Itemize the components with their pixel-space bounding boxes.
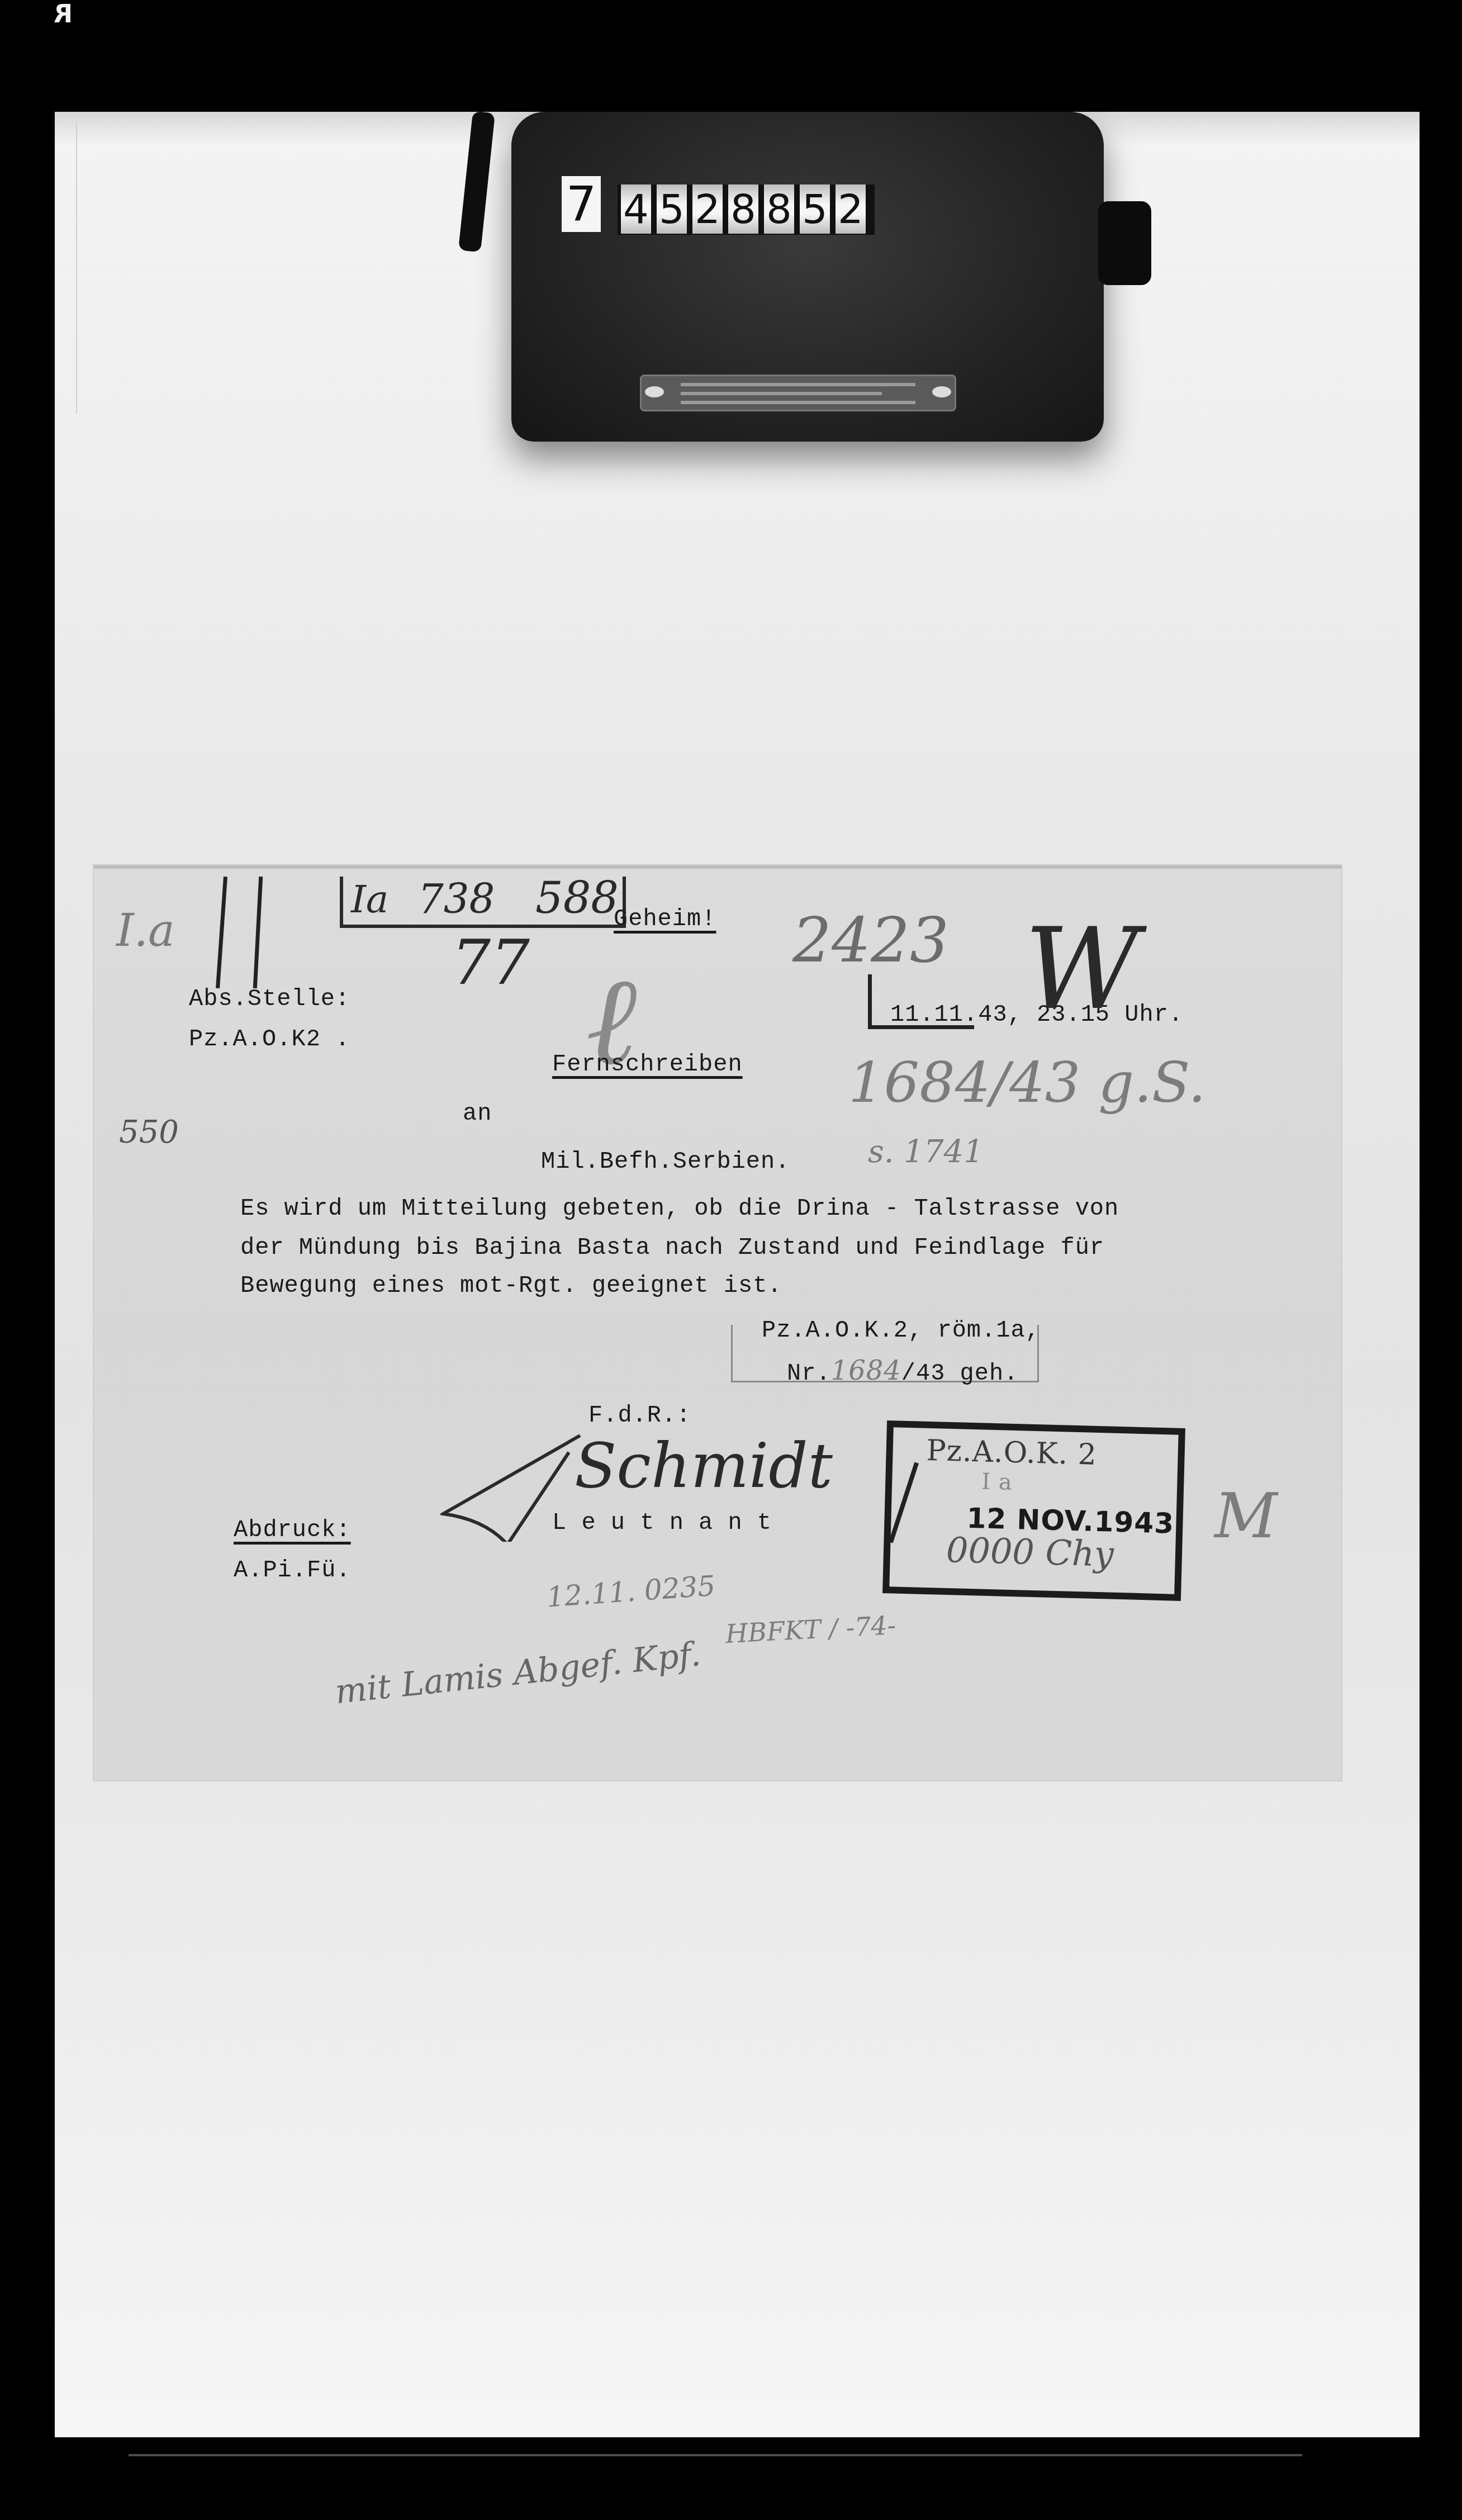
counter-digit: 5 <box>800 184 830 234</box>
datetime-bracket-left <box>868 974 872 1027</box>
counter-knob <box>1098 201 1151 285</box>
fdr-label: F.d.R.: <box>588 1402 691 1429</box>
file-ref-number-2: 588 <box>535 873 619 923</box>
handwritten-initials: I.a <box>116 904 175 956</box>
reference-suffix: /43 geh. <box>901 1360 1019 1387</box>
plate-text-line <box>681 383 915 386</box>
to-label: an <box>463 1100 492 1127</box>
margin-number: 550 <box>119 1114 179 1150</box>
pencil-sub-note: s. 1741 <box>868 1134 984 1170</box>
document-type: Fernschreiben <box>552 1051 743 1078</box>
recipient: Mil.Befh.Serbien. <box>541 1148 790 1175</box>
stamp-handwriting: 0000 Chy <box>946 1529 1114 1575</box>
pen-stroke <box>216 877 227 988</box>
file-ref-number: 738 <box>418 875 495 922</box>
counter-digit: 8 <box>764 184 794 234</box>
plate-text-line <box>681 392 882 395</box>
stamp-dept: I a <box>981 1469 1013 1495</box>
reference-line-2: Nr.1684/43 geh. <box>787 1355 1018 1387</box>
classification-label: Geheim! <box>614 906 716 932</box>
copy-label: Abdruck: <box>234 1517 351 1543</box>
sender-value: Pz.A.O.K2 . <box>189 1026 350 1053</box>
reference-prefix: Nr. <box>787 1360 831 1387</box>
receipt-stamp: Pz.A.O.K. 2 I a 12 NOV.1943 0000 Chy <box>882 1420 1185 1601</box>
counter-wheels: 4 5 2 8 8 5 2 <box>618 184 875 235</box>
body-line-3: Bewegung eines mot-Rgt. geeignet ist. <box>240 1272 782 1299</box>
film-edge-mark: R <box>54 0 73 29</box>
arrival-note: 12.11. 0235 <box>545 1570 716 1614</box>
transmission-code: HBFKT / -74- <box>725 1610 897 1649</box>
counter-digit: 2 <box>692 184 723 234</box>
reference-line-1: Pz.A.O.K.2, röm.1a, <box>762 1317 1040 1344</box>
plate-text-line <box>681 401 915 404</box>
reference-number-handwritten: 1684 <box>831 1355 901 1386</box>
signature: Schmidt <box>575 1430 833 1501</box>
counter-nameplate <box>640 375 956 411</box>
form-edge <box>94 865 1341 869</box>
counter-prefix: 7 <box>562 176 601 232</box>
file-ref-dept: Ia <box>351 878 388 922</box>
counter-digit: 4 <box>621 184 651 234</box>
pencil-registry-number: 1684/43 g.S. <box>848 1050 1206 1115</box>
board-bottom-fold <box>129 2454 1302 2456</box>
counter-digit: 5 <box>657 184 687 234</box>
signer-rank: L e u t n a n t <box>552 1509 772 1536</box>
bottom-handwritten-note: mit Lamis Abgef. Kpf. <box>333 1635 702 1712</box>
frame-counter-device: 7 4 5 2 8 8 5 2 <box>511 112 1104 442</box>
pen-stroke <box>253 877 263 988</box>
handwritten-77: 77 <box>452 927 530 998</box>
board-fold <box>76 123 77 414</box>
telegram-form: I.a Ia 738 588 77 Geheim! 2423 Abs.Stell… <box>94 865 1341 1780</box>
counter-digit: 8 <box>728 184 758 234</box>
body-line-2: der Mündung bis Bajina Basta nach Zustan… <box>240 1234 1104 1261</box>
counter-digit: 2 <box>836 184 866 234</box>
stamp-office: Pz.A.O.K. 2 <box>926 1434 1098 1472</box>
copy-recipient: A.Pi.Fü. <box>234 1557 351 1584</box>
right-paraph: M <box>1214 1480 1278 1552</box>
pencil-number-2423: 2423 <box>792 904 949 976</box>
handwritten-paraph: W <box>1024 904 1140 1035</box>
sender-label: Abs.Stelle: <box>189 986 350 1012</box>
body-line-1: Es wird um Mitteilung gebeten, ob die Dr… <box>240 1195 1119 1222</box>
